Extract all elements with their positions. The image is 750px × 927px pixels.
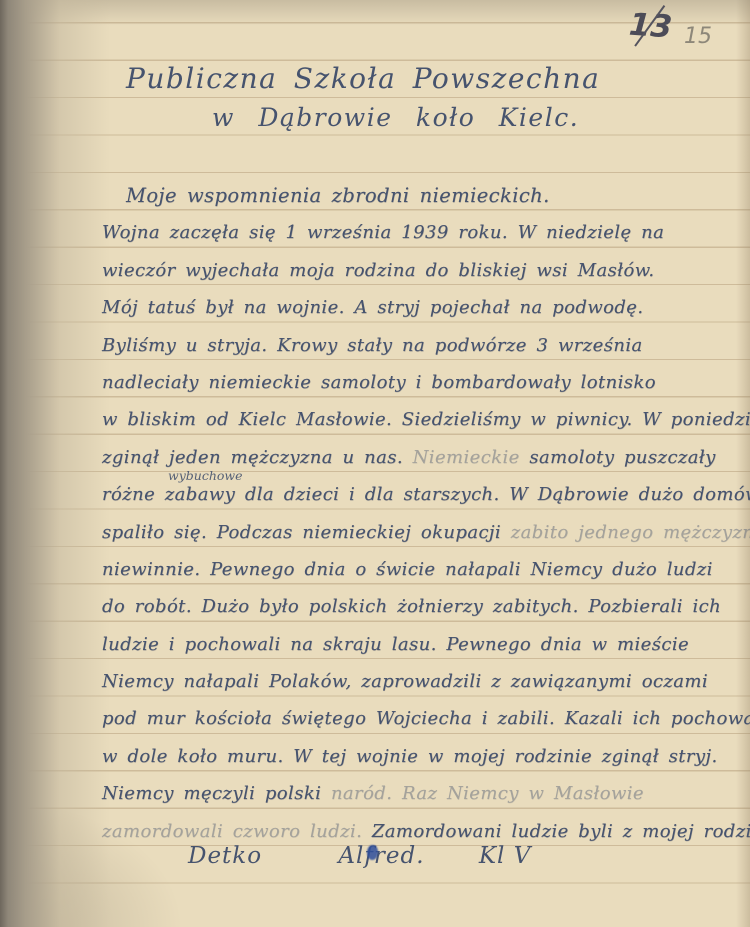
handwritten-line: Niemcy nałapali Polaków, zaprowadzili z … bbox=[102, 663, 748, 700]
ink-segment: zginął jeden mężczyzna u nas. bbox=[102, 447, 413, 468]
school-name: Publiczna Szkoła Powszechna bbox=[126, 62, 750, 95]
inserted-correction-word: wybuchowe bbox=[168, 468, 243, 483]
ink-segment: spaliło się. Podczas niemieckiej okupacj… bbox=[102, 522, 511, 543]
handwritten-line: Wojna zaczęła się 1 września 1939 roku. … bbox=[102, 214, 748, 251]
handwritten-line: w dole koło muru. W tej wojnie w mojej r… bbox=[102, 738, 748, 775]
handwritten-line: spaliło się. Podczas niemieckiej okupacj… bbox=[102, 514, 748, 551]
ink-segment: Byliśmy u stryja. Krowy stały na podwórz… bbox=[102, 335, 643, 356]
handwritten-line: Niemcy męczyli polski naród. Raz Niemcy … bbox=[102, 775, 748, 812]
ink-segment: w dole koło muru. W tej wojnie w mojej r… bbox=[102, 746, 718, 767]
ink-segment: Wojna zaczęła się 1 września 1939 roku. … bbox=[102, 222, 664, 243]
ink-segment: do robót. Dużo było polskich żołnierzy z… bbox=[102, 596, 721, 617]
school-location: w Dąbrowie koło Kielc. bbox=[212, 103, 750, 132]
corner-page-numbers: 13 15 bbox=[629, 8, 712, 44]
ink-segment: Moje wspomnienia zbrodni niemieckich. bbox=[126, 184, 550, 207]
ink-segment: różne zabawy dla dzieci i dla starszych.… bbox=[102, 484, 750, 505]
page-number: 15 bbox=[684, 24, 712, 49]
ink-segment: pod mur kościoła świętego Wojciecha i za… bbox=[102, 708, 750, 729]
faded-ink-segment: Niemieckie bbox=[413, 447, 530, 468]
ink-segment: Niemcy męczyli polski bbox=[102, 783, 331, 804]
ink-segment: Zamordowani ludzie byli z mojej rodziny bbox=[372, 821, 750, 842]
ink-segment: Mój tatuś był na wojnie. A stryj pojecha… bbox=[102, 297, 643, 318]
scanned-notebook-page: 13 15 Publiczna Szkoła Powszechna w Dąbr… bbox=[0, 0, 750, 927]
signature-first-name: Alfred. bbox=[338, 843, 424, 869]
handwritten-line: pod mur kościoła świętego Wojciecha i za… bbox=[102, 700, 748, 737]
handwritten-line: nadleciały niemieckie samoloty i bombard… bbox=[102, 364, 748, 401]
handwritten-line: Moje wspomnienia zbrodni niemieckich. bbox=[102, 177, 748, 214]
handwritten-line: Mój tatuś był na wojnie. A stryj pojecha… bbox=[102, 289, 748, 326]
page-number-crossed-out: 13 bbox=[628, 7, 674, 46]
school-heading: Publiczna Szkoła Powszechna w Dąbrowie k… bbox=[0, 62, 750, 132]
ink-segment: samoloty puszczały bbox=[529, 447, 715, 468]
handwritten-line: w bliskim od Kielc Masłowie. Siedzieliśm… bbox=[102, 401, 748, 438]
ink-segment: ludzie i pochowali na skraju lasu. Pewne… bbox=[102, 634, 689, 655]
faded-ink-segment: naród. Raz Niemcy w Masłowie bbox=[331, 783, 644, 804]
ink-segment: niewinnie. Pewnego dnia o świcie nałapal… bbox=[102, 559, 713, 580]
signature-surname: Detko bbox=[188, 843, 262, 869]
ink-segment: w bliskim od Kielc Masłowie. Siedzieliśm… bbox=[102, 409, 750, 430]
signature-line: Detko Alfred. Kl V bbox=[188, 843, 531, 869]
ink-segment: nadleciały niemieckie samoloty i bombard… bbox=[102, 372, 656, 393]
essay-body: Moje wspomnienia zbrodni niemieckich.Woj… bbox=[102, 177, 748, 850]
faded-ink-segment: zamordowali czworo ludzi. bbox=[102, 821, 372, 842]
handwritten-line: Byliśmy u stryja. Krowy stały na podwórz… bbox=[102, 327, 748, 364]
handwritten-line: do robót. Dużo było polskich żołnierzy z… bbox=[102, 588, 748, 625]
handwritten-line: wieczór wyjechała moja rodzina do bliski… bbox=[102, 252, 748, 289]
handwritten-line: ludzie i pochowali na skraju lasu. Pewne… bbox=[102, 626, 748, 663]
faded-ink-segment: zabito jednego mężczyznę bbox=[511, 522, 750, 543]
signature-class-label: Kl V bbox=[479, 843, 531, 869]
ink-segment: Niemcy nałapali Polaków, zaprowadzili z … bbox=[102, 671, 708, 692]
handwritten-line: niewinnie. Pewnego dnia o świcie nałapal… bbox=[102, 551, 748, 588]
ink-segment: wieczór wyjechała moja rodzina do bliski… bbox=[102, 260, 655, 281]
